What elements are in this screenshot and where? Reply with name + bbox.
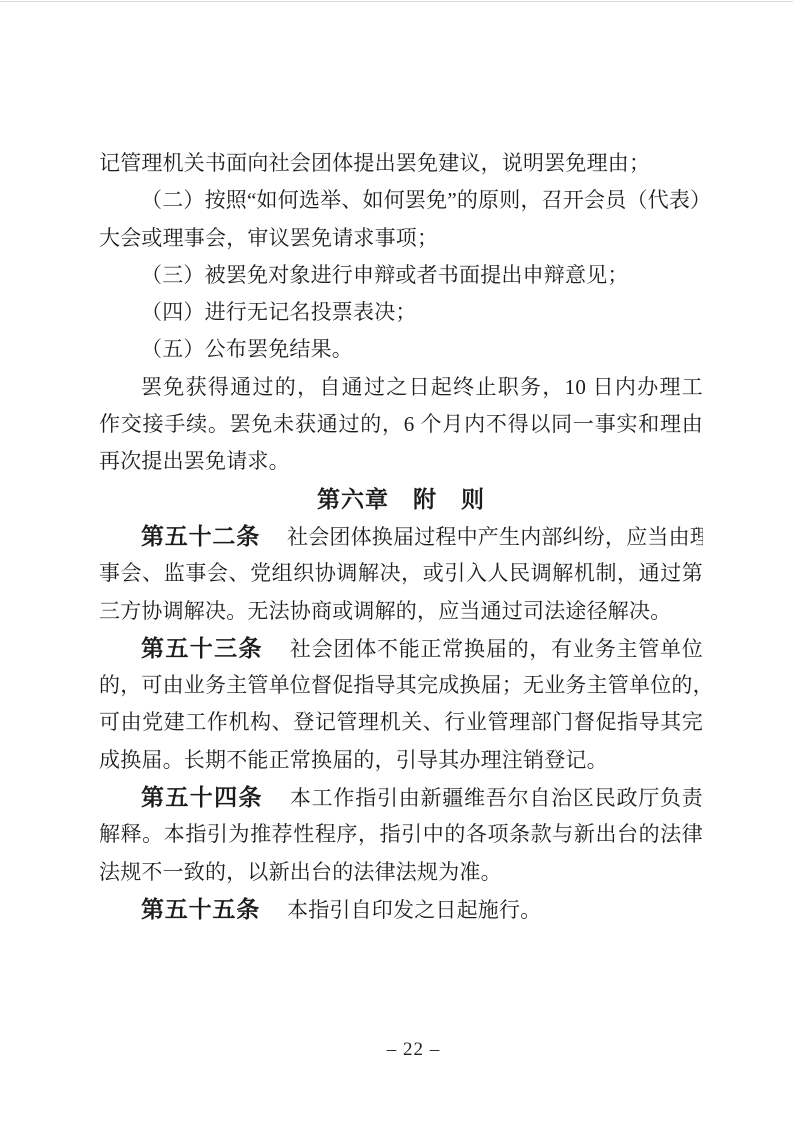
article-line: 第五十三条社会团体不能正常换届的，有业务主管单位 [99,630,703,667]
body-line: 成换届。长期不能正常换届的，引导其办理注销登记。 [99,742,703,779]
body-line: 大会或理事会，审议罢免请求事项； [99,220,703,257]
line-text: 社会团体换届过程中产生内部纠纷，应当由理 [287,525,703,549]
body-line: 罢免获得通过的，自通过之日起终止职务，10 日内办理工 [99,369,703,406]
body-line: 法规不一致的，以新出台的法律法规为准。 [99,854,703,891]
document-page: 记管理机关书面向社会团体提出罢免建议，说明罢免理由； （二）按照“如何选举、如何… [0,0,793,1122]
body-line: 作交接手续。罢免未获通过的，6 个月内不得以同一事实和理由 [99,406,703,443]
body-line: 再次提出罢免请求。 [99,443,703,480]
document-body: 记管理机关书面向社会团体提出罢免建议，说明罢免理由； （二）按照“如何选举、如何… [99,145,703,928]
body-line: 的，可由业务主管单位督促指导其完成换届；无业务主管单位的， [99,667,703,704]
body-line: 记管理机关书面向社会团体提出罢免建议，说明罢免理由； [99,145,703,182]
line-text: 本工作指引由新疆维吾尔自治区民政厅负责 [290,786,703,810]
body-line: 可由党建工作机构、登记管理机关、行业管理部门督促指导其完 [99,704,703,741]
article-line: 第五十二条社会团体换届过程中产生内部纠纷，应当由理 [99,518,703,555]
list-item-3: （三）被罢免对象进行申辩或者书面提出申辩意见； [99,257,703,294]
article-number: 第五十二条 [141,523,260,549]
page-number: – 22 – [0,1039,793,1061]
list-item-5: （五）公布罢免结果。 [99,331,703,368]
body-line: 事会、监事会、党组织协调解决，或引入人民调解机制，通过第 [99,555,703,592]
list-item-4: （四）进行无记名投票表决； [99,294,703,331]
chapter-heading: 第六章 附 则 [99,481,703,518]
list-item-2: （二）按照“如何选举、如何罢免”的原则，召开会员（代表） [99,182,703,219]
body-line: 三方协调解决。无法协商或调解的，应当通过司法途径解决。 [99,593,703,630]
line-text: 社会团体不能正常换届的，有业务主管单位 [290,637,703,661]
article-line: 第五十四条本工作指引由新疆维吾尔自治区民政厅负责 [99,779,703,816]
article-line: 第五十五条本指引自印发之日起施行。 [99,891,703,928]
article-number: 第五十四条 [141,784,263,810]
article-number: 第五十五条 [141,896,260,922]
line-text: 本指引自印发之日起施行。 [287,898,541,922]
article-number: 第五十三条 [141,635,263,661]
body-line: 解释。本指引为推荐性程序，指引中的各项条款与新出台的法律 [99,816,703,853]
